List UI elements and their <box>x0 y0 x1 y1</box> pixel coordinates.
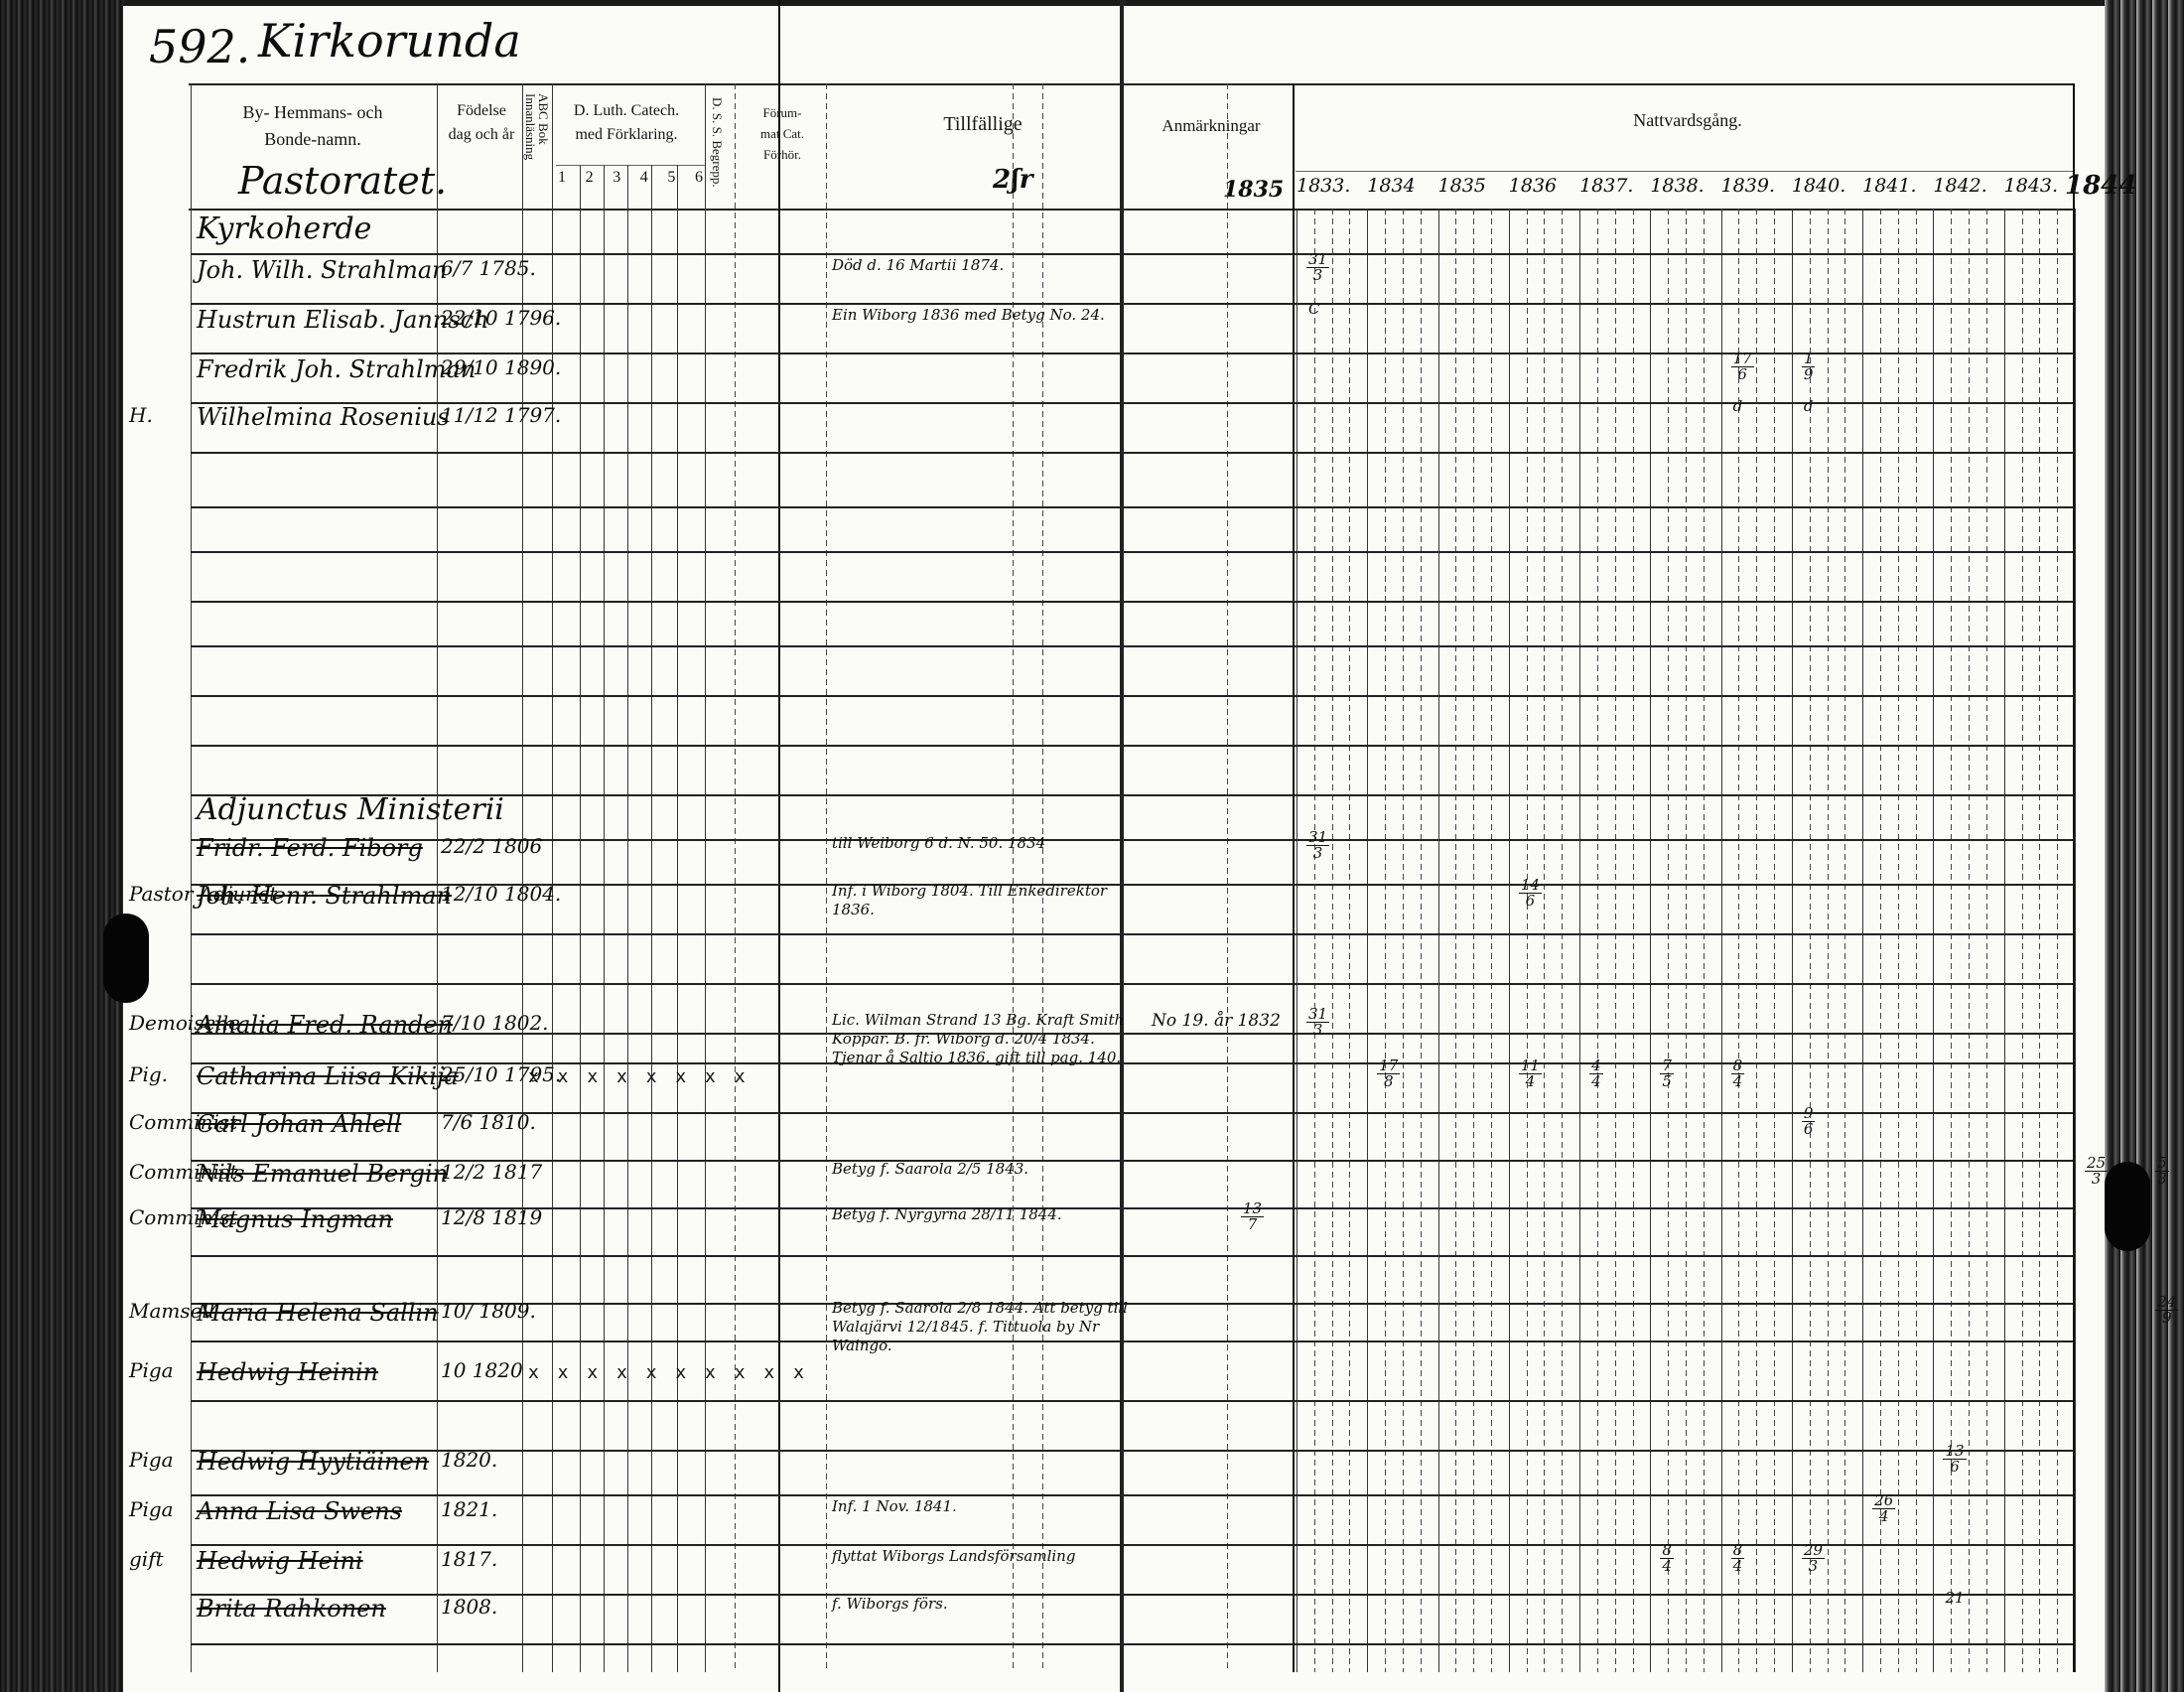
entry-birth-date: 10/ 1809. <box>441 1299 536 1323</box>
entry-tillfallige-note: Inf. i Wiborg 1804. Till Enkedirektör 18… <box>832 882 1130 919</box>
rule-catech-4 <box>651 165 652 1672</box>
book-spine-right-edge <box>2105 0 2184 1692</box>
entry-birth-date: 12/8 1819 <box>441 1205 542 1229</box>
grid-subcolumn-divider <box>1349 209 1350 1672</box>
row-rule <box>191 253 2073 255</box>
header-catechism-column: D. Luth. Catech. med Förklaring. <box>552 99 701 147</box>
catech-subcol-2: 2 <box>586 169 594 187</box>
entry-birth-date: 1817. <box>441 1547 497 1571</box>
catech-subcol-5: 5 <box>667 169 675 187</box>
grid-subcolumn-divider <box>1314 209 1315 1672</box>
header-names-line2: Bonde-namn. <box>194 126 432 153</box>
entry-birth-date: 1820. <box>441 1448 497 1472</box>
communion-date-mark: 96 <box>1802 1106 1816 1137</box>
parish-heading: Kirkorunda <box>258 14 521 68</box>
header-forum-column: Förum- mat Cat. Förhör. <box>743 103 822 165</box>
header-nattvardsgang: Nattvardsgång. <box>1489 107 1886 134</box>
header-forum-line3: Förhör. <box>743 145 822 166</box>
year-1841: 1841. <box>1862 175 1933 205</box>
communion-date-mark: 178 <box>1377 1058 1400 1089</box>
entry-birth-date: 1821. <box>441 1497 497 1521</box>
entry-birth-date: 29/10 1890. <box>441 355 561 379</box>
communion-date-mark: d <box>1731 399 1745 414</box>
row-rule <box>191 601 2073 603</box>
entry-birth-date: 7/6 1810. <box>441 1110 536 1134</box>
entry-name: Nils Emanuel Bergin <box>197 1160 448 1188</box>
row-rule <box>191 745 2073 747</box>
grid-year-divider <box>1367 209 1368 1672</box>
entry-birth-date: 12/10 1804. <box>441 882 561 906</box>
right-page <box>1124 6 2116 1692</box>
header-names-column: By- Hemmans- och Bonde-namn. <box>194 99 432 153</box>
entry-tillfallige-note: Betyg f. Nyrgyrna 28/11 1844. <box>832 1205 1130 1224</box>
header-names-line1: By- Hemmans- och <box>194 99 432 126</box>
grid-year-divider <box>1862 209 1863 1672</box>
entry-title: H. <box>129 403 153 427</box>
grid-subcolumn-divider <box>1686 209 1687 1672</box>
entry-birth-date: 11/12 1797. <box>441 403 561 427</box>
grid-subcolumn-divider <box>1332 209 1333 1672</box>
communion-date-mark: 313 <box>1306 1007 1329 1038</box>
row-rule <box>191 551 2073 553</box>
communion-date-mark: 146 <box>1519 878 1542 909</box>
entry-name: Catharina Liisa Kikija <box>197 1062 459 1090</box>
entry-tillfallige-note: Betyg f. Saarola 2/5 1843. <box>832 1160 1130 1179</box>
header-birth-line1: Födelse <box>437 99 526 123</box>
years-subheader-rule <box>1296 171 2075 172</box>
communion-date-mark: 136 <box>1943 1444 1966 1475</box>
communion-date-mark: 313 <box>1306 830 1329 861</box>
row-rule <box>191 1494 2073 1496</box>
grid-subcolumn-divider <box>1898 209 1899 1672</box>
grid-subcolumn-divider <box>1738 209 1739 1672</box>
section-label-pastoratet: Pastoratet. <box>238 159 447 203</box>
grid-subcolumn-divider <box>1704 209 1705 1672</box>
rule-catech-1 <box>580 165 581 1672</box>
entry-tillfallige-note: Betyg f. Saarola 2/8 1844. Att betyg til… <box>832 1299 1130 1354</box>
year-1844-overflow: 1844 <box>2065 171 2136 201</box>
header-dss-column: D. S. S. Begrepp. <box>711 97 724 197</box>
grid-subcolumn-divider <box>1774 209 1775 1672</box>
year-header-extra: 1835 <box>1223 177 1284 203</box>
year-1834: 1834 <box>1367 175 1437 205</box>
entry-name: Hedwig Heini <box>197 1547 363 1575</box>
entry-group-heading: Kyrkoherde <box>197 211 371 246</box>
entry-birth-date: 22/2 1806 <box>441 834 542 858</box>
rule-anm-mid <box>1227 83 1228 1672</box>
catechism-x-marks: x x x x x x x x x x <box>528 1362 808 1383</box>
header-birth-line2: dag och år <box>437 123 526 147</box>
entry-title: Piga <box>129 1358 174 1382</box>
entry-name: Wilhelmina Rosenius <box>197 403 450 431</box>
page-number: 592. <box>149 20 250 73</box>
entry-name: Carl Johan Ahlell <box>197 1110 401 1138</box>
row-rule <box>191 645 2073 647</box>
grid-subcolumn-divider <box>1756 209 1757 1672</box>
year-1835: 1835 <box>1438 175 1509 205</box>
row-rule <box>191 695 2073 697</box>
rule-catech-3 <box>627 165 628 1672</box>
year-1833: 1833. <box>1297 175 1367 205</box>
entry-birth-date: 22/10 1796. <box>441 306 561 330</box>
entry-name: Amalia Fred. Randen <box>197 1011 453 1039</box>
grid-subcolumn-divider <box>1633 209 1634 1672</box>
grid-year-divider <box>1721 209 1722 1672</box>
communion-date-mark: 19 <box>1802 352 1816 382</box>
grid-subcolumn-divider <box>2022 209 2023 1672</box>
header-birth-column: Födelse dag och år <box>437 99 526 147</box>
row-rule <box>191 1544 2073 1546</box>
grid-year-divider <box>1579 209 1580 1672</box>
grid-subcolumn-divider <box>1986 209 1987 1672</box>
entry-name: Brita Rahkonen <box>197 1595 386 1622</box>
grid-subcolumn-divider <box>1527 209 1528 1672</box>
communion-date-mark: 293 <box>1802 1543 1825 1574</box>
entry-name: Maria Helena Sallin <box>197 1299 439 1327</box>
entry-birth-date: 10 1820 <box>441 1358 523 1382</box>
grid-subcolumn-divider <box>2039 209 2040 1672</box>
entry-tillfallige-note: f. Wiborgs förs. <box>832 1595 1130 1614</box>
entry-tillfallige-note: Inf. 1 Nov. 1841. <box>832 1497 1130 1516</box>
communion-date-mark: 84 <box>1731 1058 1745 1089</box>
grid-year-divider <box>1933 209 1934 1672</box>
entry-name: Fridr. Ferd. Fiborg <box>197 834 423 862</box>
grid-subcolumn-divider <box>1597 209 1598 1672</box>
catech-subcol-1: 1 <box>558 169 566 187</box>
row-rule <box>191 506 2073 508</box>
year-1842: 1842. <box>1933 175 2003 205</box>
communion-date-mark: 176 <box>1731 352 1754 382</box>
grid-year-divider <box>1650 209 1651 1672</box>
book-spine-left-edge <box>0 0 127 1692</box>
rule-catech-end <box>705 83 706 1672</box>
entry-group-heading: Adjunctus Ministerii <box>197 792 504 827</box>
catech-subcol-3: 3 <box>613 169 620 187</box>
communion-date-mark: 264 <box>1872 1493 1895 1524</box>
row-rule <box>191 352 2073 354</box>
entry-title: Piga <box>129 1497 174 1521</box>
communion-date-mark: 137 <box>1241 1201 1264 1232</box>
grid-subcolumn-divider <box>1562 209 1563 1672</box>
year-1837: 1837. <box>1579 175 1650 205</box>
communion-date-mark: 84 <box>1660 1543 1674 1574</box>
communion-date-mark: 21 <box>1943 1591 1966 1606</box>
grid-subcolumn-divider <box>1880 209 1881 1672</box>
header-top-rule <box>189 83 2075 85</box>
communion-date-mark: 53 <box>2155 1156 2169 1187</box>
communion-date-mark: 84 <box>1731 1543 1745 1574</box>
year-1836: 1836 <box>1509 175 1579 205</box>
entry-name: Anna Lisa Swens <box>197 1497 402 1525</box>
row-rule <box>191 1340 2073 1342</box>
row-rule <box>191 1400 2073 1402</box>
catechism-x-marks: x x x x x x x x <box>528 1066 750 1087</box>
header-catechism-line1: D. Luth. Catech. <box>552 99 701 123</box>
entry-title: gift <box>129 1547 164 1571</box>
entry-birth-date: 7/10 1802. <box>441 1011 549 1035</box>
rule-tillfallige-left <box>826 83 827 1672</box>
communion-date-mark: 249 <box>2155 1295 2178 1326</box>
header-forum-line2: mat Cat. <box>743 124 822 145</box>
grid-subcolumn-divider <box>1810 209 1811 1672</box>
grid-subcolumn-divider <box>1473 209 1474 1672</box>
grid-subcolumn-divider <box>1455 209 1456 1672</box>
row-rule <box>191 1255 2073 1257</box>
entry-name: Joh. Henr. Strahlman <box>197 882 452 910</box>
entry-name: Hedwig Hyytiäinen <box>197 1448 429 1476</box>
binding-clasp-right-icon <box>2105 1162 2150 1251</box>
grid-subcolumn-divider <box>2057 209 2058 1672</box>
grid-subcolumn-divider <box>1828 209 1829 1672</box>
entry-name: Magnus Ingman <box>197 1205 393 1233</box>
year-1838: 1838. <box>1650 175 1720 205</box>
row-rule <box>191 1643 2073 1645</box>
catech-subcol-4: 4 <box>640 169 648 187</box>
rule-anm-right <box>1293 83 1295 1672</box>
entry-birth-date: 1808. <box>441 1595 497 1619</box>
entry-birth-date: 12/2 1817 <box>441 1160 542 1184</box>
catech-subcol-6: 6 <box>695 169 703 187</box>
grid-subcolumn-divider <box>1969 209 1970 1672</box>
entry-tillfallige-note: flyttat Wiborgs Landsförsamling <box>832 1547 1130 1566</box>
grid-year-divider <box>2075 209 2076 1672</box>
entry-anmarkning: No 19. år 1832 <box>1152 1011 1281 1031</box>
catech-subheader-rule <box>556 165 705 166</box>
communion-date-mark: 75 <box>1660 1058 1674 1089</box>
entry-birth-date: 6/7 1785. <box>441 256 536 280</box>
row-rule <box>191 303 2073 305</box>
grid-year-divider <box>1792 209 1793 1672</box>
entry-name: Hedwig Heinin <box>197 1358 378 1386</box>
grid-subcolumn-divider <box>1844 209 1845 1672</box>
year-1840: 1840. <box>1792 175 1862 205</box>
grid-subcolumn-divider <box>1421 209 1422 1672</box>
entry-name: Fredrik Joh. Strahlman <box>197 355 476 383</box>
rule-catech-5 <box>677 165 678 1672</box>
row-rule <box>191 983 2073 985</box>
header-forum-line1: Förum- <box>743 103 822 124</box>
communion-date-mark: d <box>1802 399 1816 414</box>
header-abc-column: ABC Bok Innanläsning <box>524 93 550 203</box>
rule-title-col <box>191 83 192 1672</box>
header-anmarkningar-column: Anmärkningar <box>1132 113 1291 139</box>
binding-clasp-left-icon <box>103 914 149 1003</box>
entry-name: Joh. Wilh. Strahlman <box>197 256 448 284</box>
rule-grid-right <box>2073 83 2075 1672</box>
entry-tillfallige-note: Ein Wiborg 1836 med Betyg No. 24. <box>832 306 1130 325</box>
nattvardsgang-year-headers: 1833. 1834 1835 1836 1837. 1838. 1839. 1… <box>1297 175 2075 205</box>
entry-tillfallige-note: till Weiborg 6 d. N. 50. 1834 <box>832 834 1130 853</box>
grid-year-divider <box>1297 209 1297 1672</box>
row-rule <box>191 452 2073 454</box>
communion-date-mark: 114 <box>1519 1058 1542 1089</box>
header-tillfallige-column: Tillfällige <box>874 109 1092 139</box>
grid-subcolumn-divider <box>1615 209 1616 1672</box>
rule-dss-col <box>735 83 736 1672</box>
grid-subcolumn-divider <box>1544 209 1545 1672</box>
communion-date-mark: C <box>1306 302 1321 317</box>
communion-date-mark: 313 <box>1306 252 1329 283</box>
grid-subcolumn-divider <box>1916 209 1917 1672</box>
grid-year-divider <box>1509 209 1510 1672</box>
header-catechism-line2: med Förklaring. <box>552 123 701 147</box>
year-1839: 1839. <box>1721 175 1792 205</box>
entry-title: Pig. <box>129 1062 168 1086</box>
grid-year-divider <box>2004 209 2005 1672</box>
entry-title: Piga <box>129 1448 174 1472</box>
rule-catech-2 <box>604 165 605 1672</box>
entry-tillfallige-note: Lic. Wilman Strand 13 Bg. Kraft Smith Ko… <box>832 1011 1130 1066</box>
grid-subcolumn-divider <box>1403 209 1404 1672</box>
grid-year-divider <box>1438 209 1439 1672</box>
grid-subcolumn-divider <box>1385 209 1386 1672</box>
entry-tillfallige-note: Död d. 16 Martii 1874. <box>832 256 1130 275</box>
row-rule <box>191 933 2073 935</box>
communion-date-mark: 253 <box>2085 1156 2108 1187</box>
grid-subcolumn-divider <box>1491 209 1492 1672</box>
communion-date-mark: 44 <box>1589 1058 1603 1089</box>
grid-subcolumn-divider <box>1668 209 1669 1672</box>
